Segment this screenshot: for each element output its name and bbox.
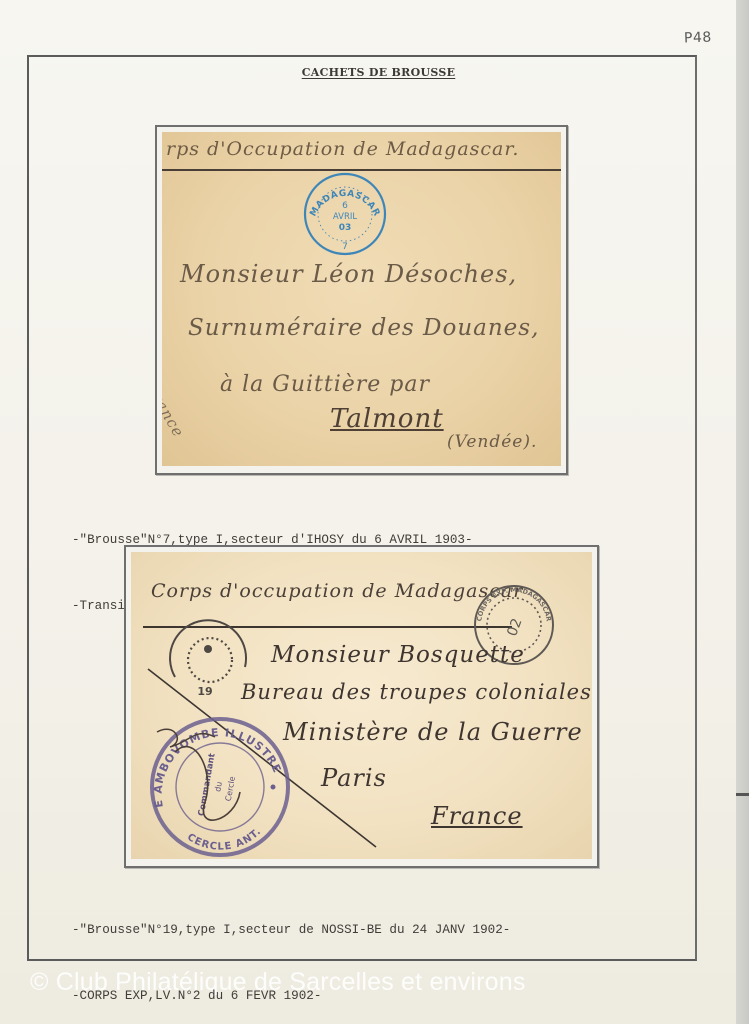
cover-2-commandant-cachet-icon: DE AMBOVOMBE ILLUSTRE CERCLE ANT. Comman… xyxy=(145,712,295,859)
cover-2-address-line-3: Ministère de la Guerre xyxy=(283,718,583,746)
svg-text:AVRIL: AVRIL xyxy=(333,212,357,222)
page-title-text: CACHETS DE BROUSSE xyxy=(294,66,456,79)
cover-1-envelope: rps d'Occupation de Madagascar. MADAGASC… xyxy=(162,132,561,466)
cover-1-postmark-icon: MADAGASCAR 6 AVRIL 03 7 xyxy=(300,170,390,260)
cover-1-header: rps d'Occupation de Madagascar. xyxy=(166,138,519,160)
page-edge xyxy=(736,0,749,1024)
cover-2-address-line-5: France xyxy=(431,802,523,830)
svg-text:6: 6 xyxy=(342,201,348,211)
page-number: P48 xyxy=(684,30,712,47)
cover-1-address-line-4: Talmont xyxy=(330,404,444,434)
svg-text:du: du xyxy=(213,781,224,793)
copyright-watermark: © Club Philatélique de Sarcelles et envi… xyxy=(30,968,526,997)
cover-1-address-line-2: Surnuméraire des Douanes, xyxy=(188,315,539,341)
cover-1-margin-note: France xyxy=(162,380,188,441)
cover-1-address-line-3: à la Guittière par xyxy=(220,372,430,397)
cover-2-frame: Corps d'occupation de Madagascar 19 CORP… xyxy=(124,545,599,868)
svg-text:7: 7 xyxy=(342,242,348,252)
cover-2-envelope: Corps d'occupation de Madagascar 19 CORP… xyxy=(131,552,592,859)
page-title: CACHETS DE BROUSSE xyxy=(0,66,749,79)
cover-2-address-line-4: Paris xyxy=(321,764,387,792)
cover-1-frame: rps d'Occupation de Madagascar. MADAGASC… xyxy=(155,125,568,475)
svg-text:02: 02 xyxy=(504,616,525,638)
svg-text:CORPS EXP. MADAGASCAR: CORPS EXP. MADAGASCAR xyxy=(475,586,553,622)
cover-2-caption: -"Brousse"N°19,type I,secteur de NOSSI-B… xyxy=(72,875,510,1024)
cover-1-address-line-5: (Vendée). xyxy=(447,432,537,452)
cover-1-address-line-1: Monsieur Léon Désoches, xyxy=(180,260,517,288)
svg-text:Cercle: Cercle xyxy=(224,776,237,802)
cover-2-address-line-2: Bureau des troupes coloniales xyxy=(241,680,592,704)
cover-2-header: Corps d'occupation de Madagascar xyxy=(151,580,523,602)
edge-mark xyxy=(736,793,749,796)
cover-2-caption-line-1: -"Brousse"N°19,type I,secteur de NOSSI-B… xyxy=(72,919,510,941)
svg-text:03: 03 xyxy=(339,223,352,233)
cover-2-address-line-1: Monsieur Bosquette xyxy=(271,642,525,668)
